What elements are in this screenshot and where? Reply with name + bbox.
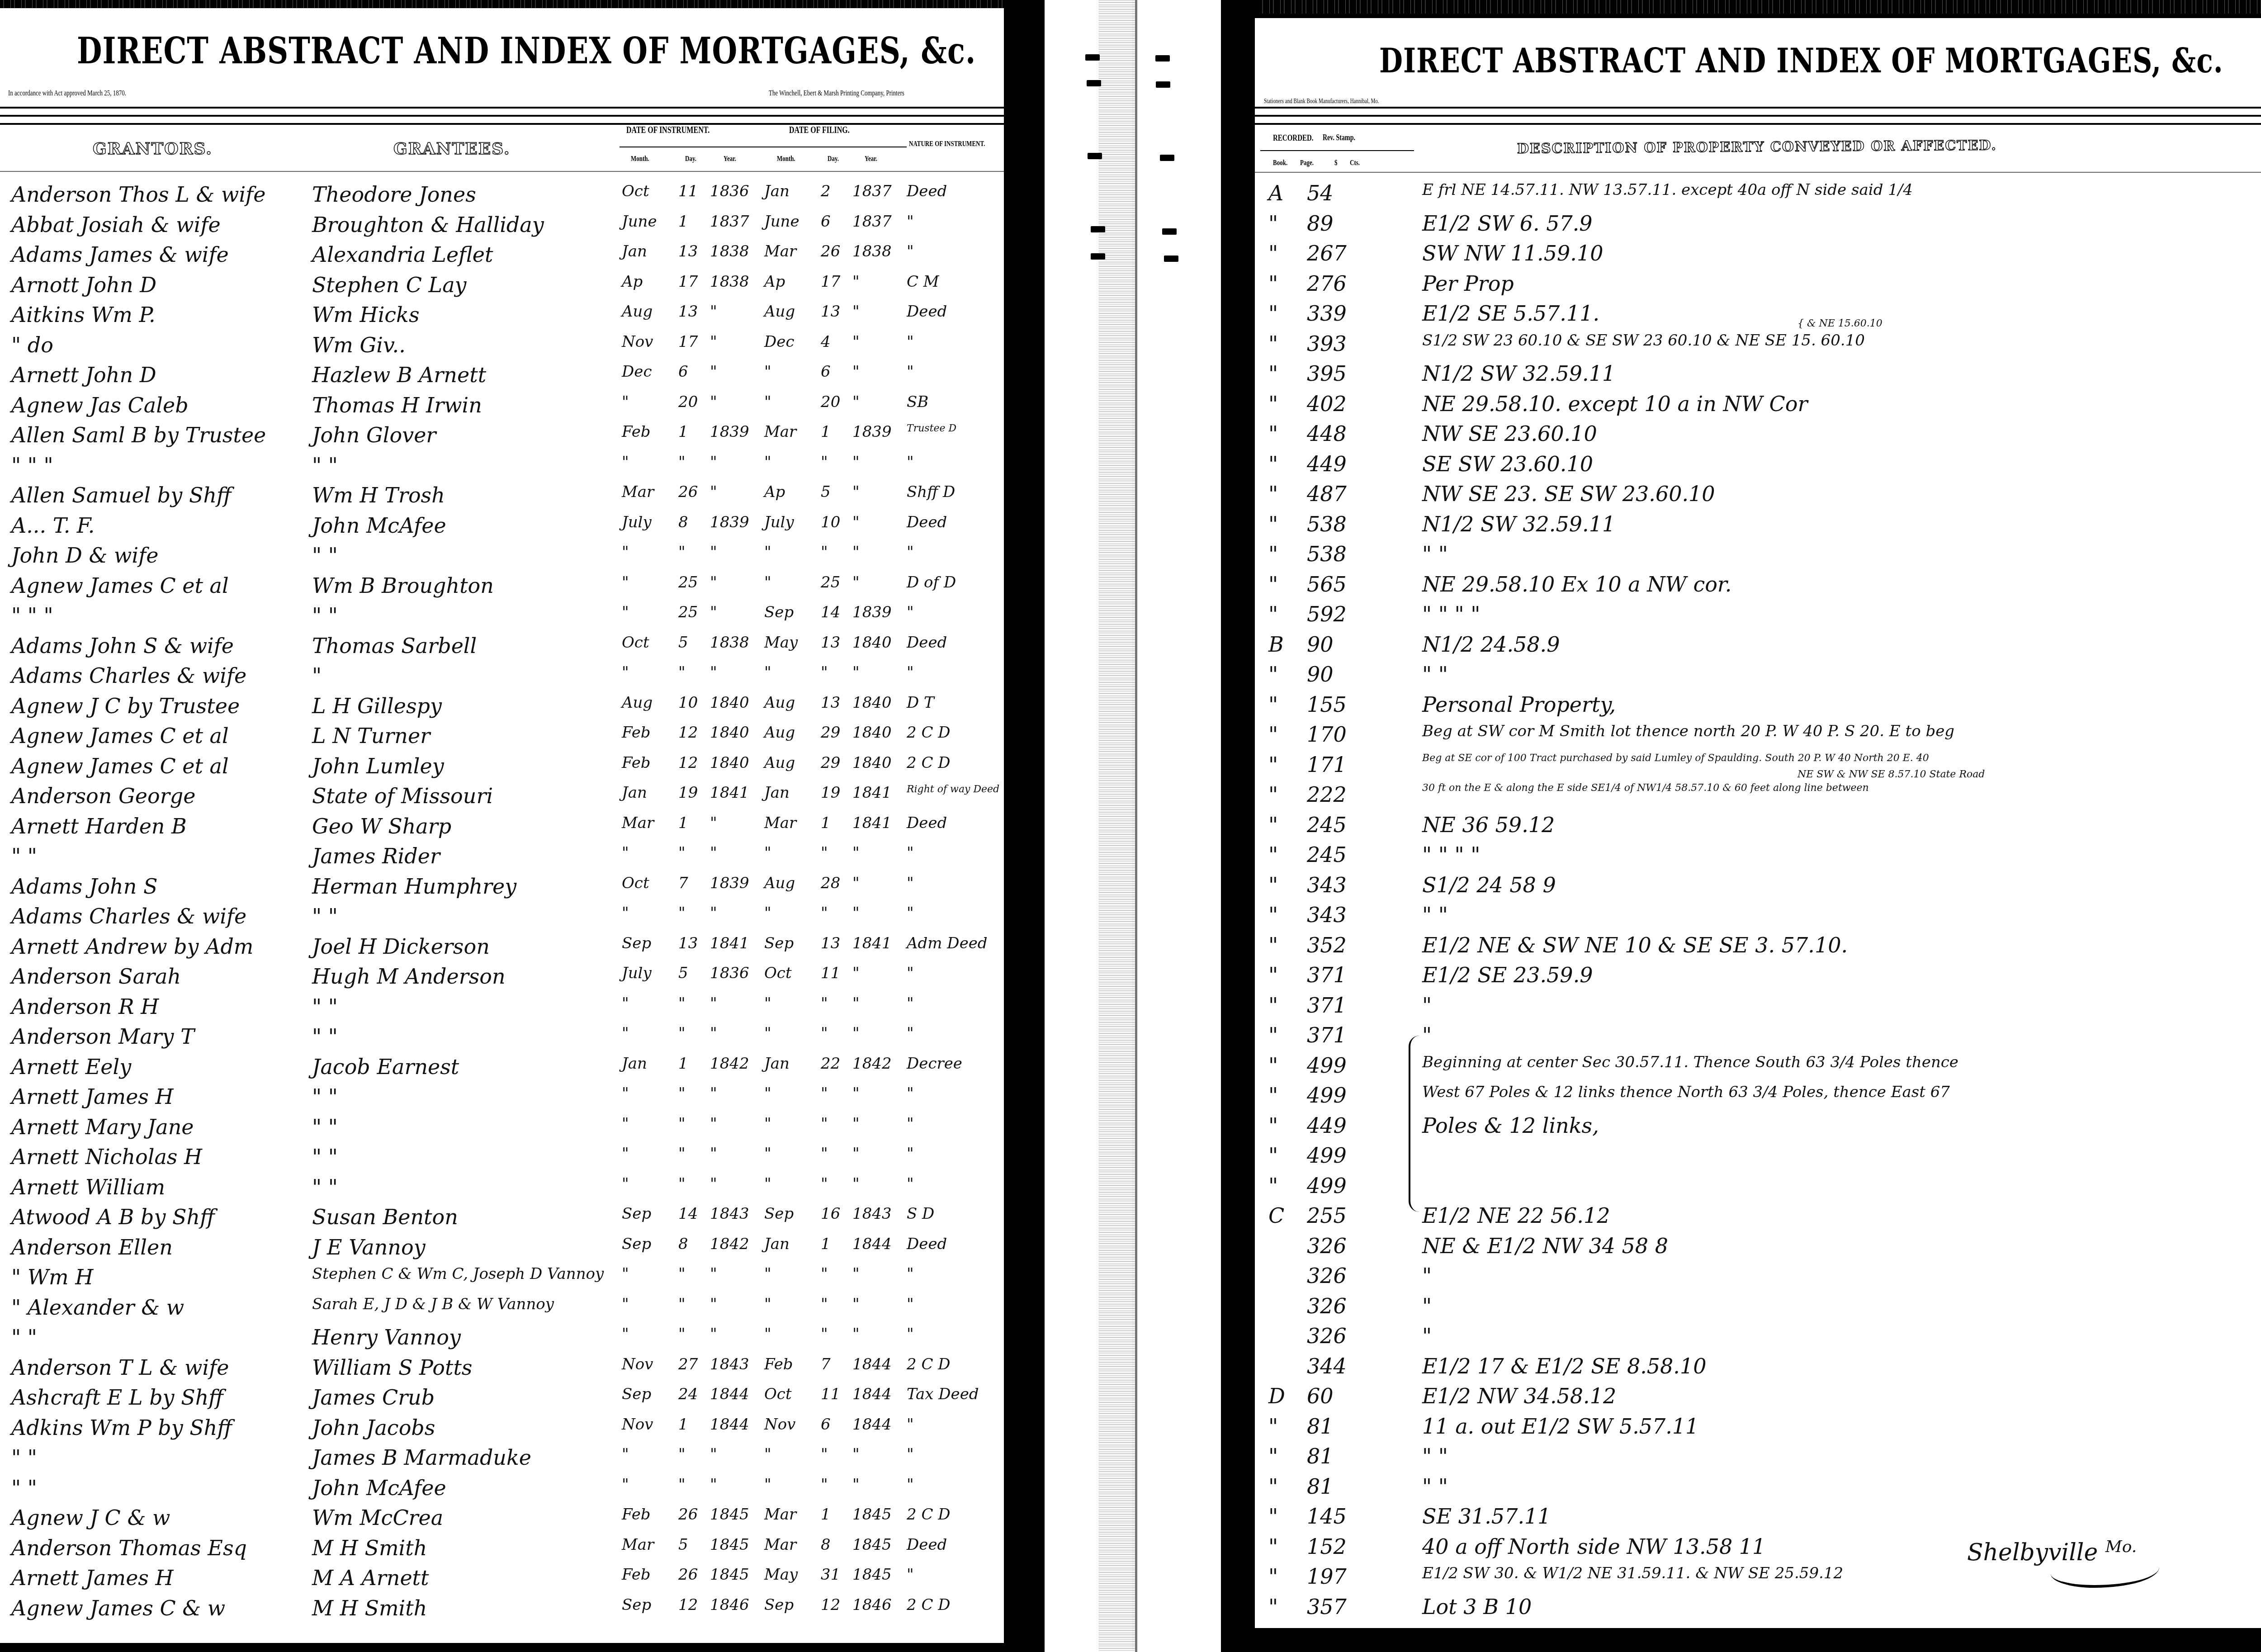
instrument-month-cell: Nov bbox=[622, 1415, 653, 1434]
grantee-cell: " " bbox=[312, 1084, 338, 1109]
date-header-rule bbox=[620, 147, 907, 147]
filing-month-cell: " bbox=[764, 1024, 771, 1042]
grantor-cell: Anderson T L & wife bbox=[11, 1355, 229, 1380]
instrument-day-cell: 25 bbox=[678, 603, 698, 621]
instrument-day-cell: 17 bbox=[678, 333, 698, 351]
table-row: Atwood A B by ShffSusan BentonSep141843S… bbox=[0, 1205, 1004, 1236]
nature-cell: 2 C D bbox=[907, 754, 951, 772]
grantee-cell: M H Smith bbox=[312, 1536, 427, 1560]
description-cell: N1/2 SW 32.59.11 bbox=[1422, 361, 1615, 386]
nature-cell: Right of way Deed bbox=[907, 784, 999, 795]
filing-year-cell: " bbox=[852, 393, 860, 411]
instrument-month-cell: " bbox=[622, 904, 629, 922]
cents-header: Cts. bbox=[1350, 158, 1360, 168]
left-page-title: DIRECT ABSTRACT AND INDEX OF MORTGAGES, … bbox=[77, 30, 976, 73]
book-cell: " bbox=[1268, 361, 1278, 386]
nature-cell: " bbox=[907, 1084, 914, 1103]
instrument-month-cell: Sep bbox=[622, 1385, 651, 1403]
book-cell: " bbox=[1268, 662, 1278, 686]
filing-year-cell: 1845 bbox=[852, 1566, 892, 1584]
book-cell: " bbox=[1268, 1083, 1278, 1108]
instrument-day-cell: 6 bbox=[678, 363, 688, 381]
page-cell: 499 bbox=[1307, 1174, 1347, 1198]
grantee-cell: " " bbox=[312, 1175, 338, 1199]
grantor-cell: Arnett Mary Jane bbox=[11, 1115, 194, 1139]
filing-month-cell: " bbox=[764, 1476, 771, 1494]
inst-year-header: Year. bbox=[724, 154, 736, 164]
nature-cell: Deed bbox=[907, 182, 947, 200]
table-row: 326" bbox=[1255, 1324, 2261, 1355]
book-cell: C bbox=[1268, 1203, 1284, 1228]
book-cell: " bbox=[1268, 722, 1278, 747]
instrument-year-cell: 1840 bbox=[710, 724, 749, 742]
page-cell: 449 bbox=[1307, 452, 1347, 476]
filing-month-cell: Mar bbox=[764, 1505, 796, 1524]
table-row: Arnett James HM A ArnettFeb261845May3118… bbox=[0, 1566, 1004, 1597]
table-row: "267SW NW 11.59.10 bbox=[1255, 241, 2261, 273]
grantor-cell: " " bbox=[11, 844, 37, 868]
grantor-cell: Anderson Sarah bbox=[11, 964, 181, 989]
table-row: Adams John S & wifeThomas SarbellOct5183… bbox=[0, 634, 1004, 665]
nature-cell: C M bbox=[907, 273, 939, 291]
table-row: "8111 a. out E1/2 SW 5.57.11 bbox=[1255, 1414, 2261, 1446]
left-ledger-page: DIRECT ABSTRACT AND INDEX OF MORTGAGES, … bbox=[0, 8, 1004, 1643]
fil-month-header: Month. bbox=[777, 154, 795, 164]
book-cell: " bbox=[1268, 963, 1278, 987]
instrument-month-cell: Feb bbox=[622, 1505, 651, 1524]
grantor-cell: Anderson George bbox=[11, 784, 195, 808]
binding-hole bbox=[1162, 228, 1177, 235]
book-cell: " bbox=[1268, 933, 1278, 957]
filing-day-cell: 1 bbox=[821, 423, 831, 441]
description-cell: E1/2 NE & SW NE 10 & SE SE 3. 57.10. bbox=[1422, 933, 1848, 957]
nature-cell: " bbox=[907, 844, 914, 862]
grantor-cell: Arnett William bbox=[11, 1175, 165, 1199]
grantor-cell: Adkins Wm P by Shff bbox=[11, 1415, 232, 1440]
description-cell: SW NW 11.59.10 bbox=[1422, 241, 1603, 265]
instrument-year-cell: 1842 bbox=[710, 1055, 749, 1073]
grantor-cell: Adams John S bbox=[11, 874, 157, 899]
nature-cell: " bbox=[907, 1024, 914, 1042]
instrument-day-cell: 24 bbox=[678, 1385, 698, 1403]
filing-month-cell: " bbox=[764, 1084, 771, 1103]
instrument-month-cell: " bbox=[622, 1084, 629, 1103]
description-cell: " bbox=[1422, 1324, 1432, 1348]
table-row: 326" bbox=[1255, 1264, 2261, 1295]
filing-day-cell: 4 bbox=[821, 333, 831, 351]
instrument-year-cell: 1841 bbox=[710, 934, 749, 952]
instrument-day-cell: 10 bbox=[678, 694, 698, 712]
page-cell: 170 bbox=[1307, 722, 1347, 747]
instrument-year-cell: " bbox=[710, 1476, 717, 1494]
grantor-cell: " " bbox=[11, 1476, 37, 1500]
instrument-day-cell: " bbox=[678, 1115, 686, 1133]
page-cell: 60 bbox=[1307, 1384, 1334, 1408]
grantor-cell: Anderson Thomas Esq bbox=[11, 1536, 247, 1560]
filing-day-cell: 12 bbox=[821, 1596, 840, 1614]
instrument-year-cell: " bbox=[710, 603, 717, 621]
instrument-month-cell: " bbox=[622, 603, 629, 621]
description-cell: NE & E1/2 NW 34 58 8 bbox=[1422, 1234, 1668, 1258]
grantee-cell: John Glover bbox=[312, 423, 436, 447]
instrument-year-cell: 1838 bbox=[710, 242, 749, 260]
filing-year-cell: " bbox=[852, 1175, 860, 1193]
page-cell: 538 bbox=[1307, 542, 1347, 566]
grantee-cell: M A Arnett bbox=[312, 1566, 429, 1590]
instrument-day-cell: " bbox=[678, 1265, 686, 1283]
instrument-day-cell: 13 bbox=[678, 242, 698, 260]
header-rule bbox=[0, 115, 1004, 117]
table-row: "395N1/2 SW 32.59.11 bbox=[1255, 361, 2261, 393]
instrument-day-cell: 1 bbox=[678, 423, 688, 441]
description-header: DESCRIPTION OF PROPERTY CONVEYED OR AFFE… bbox=[1517, 137, 1997, 156]
book-gutter-shadow bbox=[1221, 0, 1259, 1652]
instrument-year-cell: " bbox=[710, 303, 717, 321]
page-cell: 245 bbox=[1307, 843, 1347, 867]
filing-year-cell: " bbox=[852, 513, 860, 531]
filing-day-cell: 6 bbox=[821, 1415, 831, 1434]
nature-cell: " bbox=[907, 242, 914, 260]
instrument-year-cell: " bbox=[710, 453, 717, 471]
description-cell: " " bbox=[1422, 1444, 1448, 1468]
filing-month-cell: " bbox=[764, 663, 771, 682]
instrument-month-cell: Feb bbox=[622, 754, 651, 772]
filing-month-cell: Sep bbox=[764, 1596, 794, 1614]
grantee-cell: John McAfee bbox=[312, 1476, 446, 1500]
filing-day-cell: " bbox=[821, 663, 828, 682]
grantee-cell: Stephen C & Wm C, Joseph D Vannoy bbox=[312, 1265, 604, 1283]
dollars-header: $ bbox=[1334, 158, 1338, 168]
page-cell: 89 bbox=[1307, 211, 1334, 236]
nature-cell: D of D bbox=[907, 573, 956, 592]
book-cell: " bbox=[1268, 392, 1278, 416]
filing-month-cell: Jan bbox=[764, 1055, 790, 1073]
instrument-day-cell: 26 bbox=[678, 1566, 698, 1584]
book-cell: " bbox=[1268, 782, 1278, 807]
page-cell: 592 bbox=[1307, 602, 1347, 626]
instrument-day-cell: 5 bbox=[678, 634, 688, 652]
grantee-cell: Henry Vannoy bbox=[312, 1325, 461, 1349]
instrument-day-cell: 17 bbox=[678, 273, 698, 291]
grantee-cell: " bbox=[312, 663, 322, 688]
table-row: "499Beginning at center Sec 30.57.11. Th… bbox=[1255, 1053, 2261, 1085]
instrument-day-cell: 25 bbox=[678, 573, 698, 592]
instrument-day-cell: " bbox=[678, 1295, 686, 1313]
instrument-year-cell: " bbox=[710, 904, 717, 922]
page-cell: 197 bbox=[1307, 1564, 1347, 1589]
page-cell: 371 bbox=[1307, 1023, 1347, 1047]
filing-month-cell: Aug bbox=[764, 754, 795, 772]
filing-year-cell: 1840 bbox=[852, 634, 892, 652]
recorded-rule bbox=[1260, 150, 1414, 151]
book-cell: " bbox=[1268, 572, 1278, 596]
grantee-cell: " " bbox=[312, 1115, 338, 1139]
description-cell: 30 ft on the E & along the E side SE1/4 … bbox=[1422, 782, 1869, 794]
nature-cell: " bbox=[907, 1325, 914, 1343]
description-note: NE SW & NW SE 8.57.10 State Road bbox=[1797, 769, 1985, 780]
description-cell: S1/2 SW 23 60.10 & SE SW 23 60.10 & NE S… bbox=[1422, 331, 1865, 350]
filing-year-cell: " bbox=[852, 483, 860, 501]
table-row: " "John McAfee""""""" bbox=[0, 1476, 1004, 1507]
column-header-rule bbox=[1255, 172, 2261, 173]
table-row: Anderson GeorgeState of MissouriJan19184… bbox=[0, 784, 1004, 815]
filing-day-cell: 25 bbox=[821, 573, 840, 592]
filing-month-cell: Sep bbox=[764, 1205, 794, 1223]
filing-day-cell: " bbox=[821, 543, 828, 561]
table-row: "538" " bbox=[1255, 542, 2261, 573]
table-row: Anderson R H" """""""" bbox=[0, 994, 1004, 1026]
instrument-year-cell: " bbox=[710, 1295, 717, 1313]
table-row: "343" " bbox=[1255, 903, 2261, 934]
instrument-year-cell: 1842 bbox=[710, 1235, 749, 1253]
instrument-month-cell: Sep bbox=[622, 1235, 651, 1253]
grantee-cell: L N Turner bbox=[312, 724, 430, 748]
grantor-cell: Arnett James H bbox=[11, 1084, 174, 1109]
instrument-month-cell: Ap bbox=[622, 273, 643, 291]
instrument-year-cell: 1838 bbox=[710, 273, 749, 291]
instrument-day-cell: " bbox=[678, 543, 686, 561]
page-cell: 276 bbox=[1307, 271, 1347, 296]
filing-month-cell: Ap bbox=[764, 483, 785, 501]
instrument-year-cell: 1845 bbox=[710, 1505, 749, 1524]
instrument-year-cell: " bbox=[710, 814, 717, 832]
nature-cell: " bbox=[907, 1566, 914, 1584]
instrument-month-cell: Jan bbox=[622, 242, 647, 260]
grantee-cell: " " bbox=[312, 994, 338, 1019]
book-cell: " bbox=[1268, 1023, 1278, 1047]
nature-cell: " bbox=[907, 1115, 914, 1133]
page-cell: 371 bbox=[1307, 963, 1347, 987]
nature-cell: " bbox=[907, 363, 914, 381]
book-cell: " bbox=[1268, 241, 1278, 265]
filing-day-cell: 10 bbox=[821, 513, 840, 531]
filing-year-cell: " bbox=[852, 1024, 860, 1042]
description-cell: " bbox=[1422, 993, 1432, 1018]
table-row: "357Lot 3 B 10 bbox=[1255, 1595, 2261, 1626]
grantor-cell: Adams John S & wife bbox=[11, 634, 234, 658]
filing-day-cell: " bbox=[821, 1024, 828, 1042]
nature-cell: SB bbox=[907, 393, 928, 411]
page-cell: 499 bbox=[1307, 1143, 1347, 1168]
instrument-month-cell: Oct bbox=[622, 634, 649, 652]
instrument-day-cell: 5 bbox=[678, 1536, 688, 1554]
filing-year-cell: " bbox=[852, 303, 860, 321]
grantee-cell: " " bbox=[312, 453, 338, 478]
filing-day-cell: 13 bbox=[821, 934, 840, 952]
table-row: Arnett Harden BGeo W SharpMar1"Mar11841D… bbox=[0, 814, 1004, 846]
page-cell: 326 bbox=[1307, 1294, 1347, 1318]
instrument-day-cell: " bbox=[678, 453, 686, 471]
description-cell: E1/2 NE 22 56.12 bbox=[1422, 1203, 1610, 1228]
grantee-cell: L H Gillespy bbox=[312, 694, 442, 718]
instrument-year-cell: " bbox=[710, 1084, 717, 1103]
book-cell: " bbox=[1268, 1474, 1278, 1499]
table-row: Abbat Josiah & wifeBroughton & HallidayJ… bbox=[0, 213, 1004, 244]
book-gutter-shadow bbox=[1004, 0, 1049, 1652]
page-header: Page. bbox=[1300, 158, 1314, 168]
grantor-cell: Arnett Eely bbox=[11, 1055, 131, 1079]
instrument-day-cell: 13 bbox=[678, 934, 698, 952]
table-row: " "James Rider""""""" bbox=[0, 844, 1004, 876]
filing-day-cell: 2 bbox=[821, 182, 831, 200]
page-cell: 499 bbox=[1307, 1083, 1347, 1108]
filing-year-cell: 1840 bbox=[852, 754, 892, 772]
book-cell: " bbox=[1268, 211, 1278, 236]
table-row: Agnew Jas CalebThomas H Irwin"20""20"SB bbox=[0, 393, 1004, 425]
instrument-month-cell: Feb bbox=[622, 423, 651, 441]
filing-day-cell: " bbox=[821, 1084, 828, 1103]
filing-day-cell: 16 bbox=[821, 1205, 840, 1223]
instrument-day-cell: 1 bbox=[678, 1055, 688, 1073]
page-cell: 90 bbox=[1307, 632, 1334, 657]
fil-day-header: Day. bbox=[828, 154, 839, 164]
filing-year-cell: " bbox=[852, 273, 860, 291]
nature-cell: " bbox=[907, 1265, 914, 1283]
grantee-cell: J E Vannoy bbox=[312, 1235, 426, 1259]
filing-year-cell: 1843 bbox=[852, 1205, 892, 1223]
header-rule bbox=[0, 123, 1004, 125]
filing-day-cell: 5 bbox=[821, 483, 831, 501]
book-cell: " bbox=[1268, 512, 1278, 536]
table-row: "371" bbox=[1255, 993, 2261, 1025]
description-cell: " " bbox=[1422, 662, 1448, 686]
filing-month-cell: May bbox=[764, 634, 798, 652]
nature-cell: " bbox=[907, 904, 914, 922]
grantee-cell: Wm B Broughton bbox=[312, 573, 494, 598]
instrument-year-cell: 1836 bbox=[710, 964, 749, 982]
grantee-cell: Thomas Sarbell bbox=[312, 634, 477, 658]
page-fold-edge bbox=[1099, 0, 1137, 1652]
page-cell: 565 bbox=[1307, 572, 1347, 596]
grantor-cell: Aitkins Wm P. bbox=[11, 303, 156, 327]
instrument-month-cell: Oct bbox=[622, 874, 649, 892]
grantee-cell: " " bbox=[312, 904, 338, 928]
filing-year-cell: 1841 bbox=[852, 934, 892, 952]
grantor-cell: " " bbox=[11, 1325, 37, 1349]
filing-year-cell: " bbox=[852, 904, 860, 922]
instrument-year-cell: " bbox=[710, 844, 717, 862]
table-row: "81" " bbox=[1255, 1474, 2261, 1506]
grantee-cell: John Lumley bbox=[312, 754, 444, 778]
filing-day-cell: 11 bbox=[821, 1385, 840, 1403]
filing-year-cell: " bbox=[852, 663, 860, 682]
page-cell: 81 bbox=[1307, 1414, 1334, 1439]
filing-day-cell: 13 bbox=[821, 694, 840, 712]
page-cell: 499 bbox=[1307, 1053, 1347, 1078]
book-cell: " bbox=[1268, 542, 1278, 566]
instrument-year-cell: 1844 bbox=[710, 1415, 749, 1434]
grantor-cell: A... T. F. bbox=[11, 513, 95, 538]
grantee-cell: Theodore Jones bbox=[312, 182, 476, 207]
filing-year-cell: " bbox=[852, 573, 860, 592]
table-row: Arnett Mary Jane" """""""" bbox=[0, 1115, 1004, 1146]
filing-day-cell: " bbox=[821, 994, 828, 1013]
binding-hole bbox=[1085, 54, 1100, 61]
description-cell: " " " " bbox=[1422, 843, 1481, 867]
table-row: Arnett William" """""""" bbox=[0, 1175, 1004, 1207]
nature-cell: S D bbox=[907, 1205, 934, 1223]
instrument-day-cell: 8 bbox=[678, 513, 688, 531]
instrument-month-cell: Oct bbox=[622, 182, 649, 200]
grantor-cell: Agnew James C & w bbox=[11, 1596, 225, 1620]
filing-month-cell: Ap bbox=[764, 273, 785, 291]
instrument-month-cell: Jan bbox=[622, 1055, 647, 1073]
table-row: Adams John SHerman HumphreyOct71839Aug28… bbox=[0, 874, 1004, 906]
table-row: "449SE SW 23.60.10 bbox=[1255, 452, 2261, 483]
book-header: Book. bbox=[1273, 158, 1287, 168]
grantor-cell: " do bbox=[11, 333, 53, 357]
table-row: Aitkins Wm P.Wm HicksAug13"Aug13"Deed bbox=[0, 303, 1004, 334]
description-cell: " bbox=[1422, 1294, 1432, 1318]
instrument-year-cell: 1840 bbox=[710, 754, 749, 772]
instrument-month-cell: Dec bbox=[622, 363, 652, 381]
filing-month-cell: " bbox=[764, 1295, 771, 1313]
description-cell: " " " " bbox=[1422, 602, 1481, 626]
grantor-cell: Arnott John D bbox=[11, 273, 156, 297]
instrument-month-cell: " bbox=[622, 1445, 629, 1463]
header-rule bbox=[1255, 123, 2261, 125]
instrument-month-cell: " bbox=[622, 1175, 629, 1193]
filing-month-cell: " bbox=[764, 844, 771, 862]
fil-year-header: Year. bbox=[865, 154, 877, 164]
instrument-day-cell: 13 bbox=[678, 303, 698, 321]
table-row: "393S1/2 SW 23 60.10 & SE SW 23 60.10 & … bbox=[1255, 331, 2261, 363]
book-cell: " bbox=[1268, 692, 1278, 717]
filing-year-cell: 1846 bbox=[852, 1596, 892, 1614]
instrument-day-cell: " bbox=[678, 1145, 686, 1163]
filing-month-cell: " bbox=[764, 1175, 771, 1193]
book-cell: " bbox=[1268, 993, 1278, 1018]
filing-day-cell: 1 bbox=[821, 814, 831, 832]
table-row: Anderson Mary T" """""""" bbox=[0, 1024, 1004, 1056]
instrument-day-cell: " bbox=[678, 904, 686, 922]
filing-month-cell: May bbox=[764, 1566, 798, 1584]
filing-month-cell: Aug bbox=[764, 874, 795, 892]
table-row: Anderson Thos L & wifeTheodore JonesOct1… bbox=[0, 182, 1004, 214]
grantee-cell: " " bbox=[312, 543, 338, 568]
filing-month-cell: " bbox=[764, 543, 771, 561]
table-row: "155Personal Property, bbox=[1255, 692, 2261, 724]
page-cell: 343 bbox=[1307, 903, 1347, 927]
nature-cell: " bbox=[907, 543, 914, 561]
book-cell: " bbox=[1268, 1564, 1278, 1589]
filing-year-cell: 1839 bbox=[852, 603, 892, 621]
table-row: Agnew J C by TrusteeL H GillespyAug10184… bbox=[0, 694, 1004, 725]
description-cell: E1/2 NW 34.58.12 bbox=[1422, 1384, 1616, 1408]
table-row: " Wm HStephen C & Wm C, Joseph D Vannoy"… bbox=[0, 1265, 1004, 1297]
instrument-year-cell: " bbox=[710, 1115, 717, 1133]
grantee-cell: Thomas H Irwin bbox=[312, 393, 482, 417]
book-cell: " bbox=[1268, 452, 1278, 476]
book-cell: " bbox=[1268, 482, 1278, 506]
book-cell: " bbox=[1268, 843, 1278, 867]
filing-month-cell: Mar bbox=[764, 814, 796, 832]
nature-cell: 2 C D bbox=[907, 724, 951, 742]
instrument-month-cell: " bbox=[622, 393, 629, 411]
page-cell: 155 bbox=[1307, 692, 1347, 717]
instrument-day-cell: " bbox=[678, 844, 686, 862]
description-cell: E1/2 SW 6. 57.9 bbox=[1422, 211, 1593, 236]
filing-day-cell: " bbox=[821, 1145, 828, 1163]
table-row: "170Beg at SW cor M Smith lot thence nor… bbox=[1255, 722, 2261, 754]
instrument-day-cell: " bbox=[678, 1476, 686, 1494]
filing-day-cell: 19 bbox=[821, 784, 840, 802]
instrument-day-cell: 1 bbox=[678, 213, 688, 231]
instrument-year-cell: " bbox=[710, 333, 717, 351]
filing-year-cell: " bbox=[852, 1084, 860, 1103]
instrument-month-cell: June bbox=[622, 213, 657, 231]
instrument-day-cell: 12 bbox=[678, 1596, 698, 1614]
